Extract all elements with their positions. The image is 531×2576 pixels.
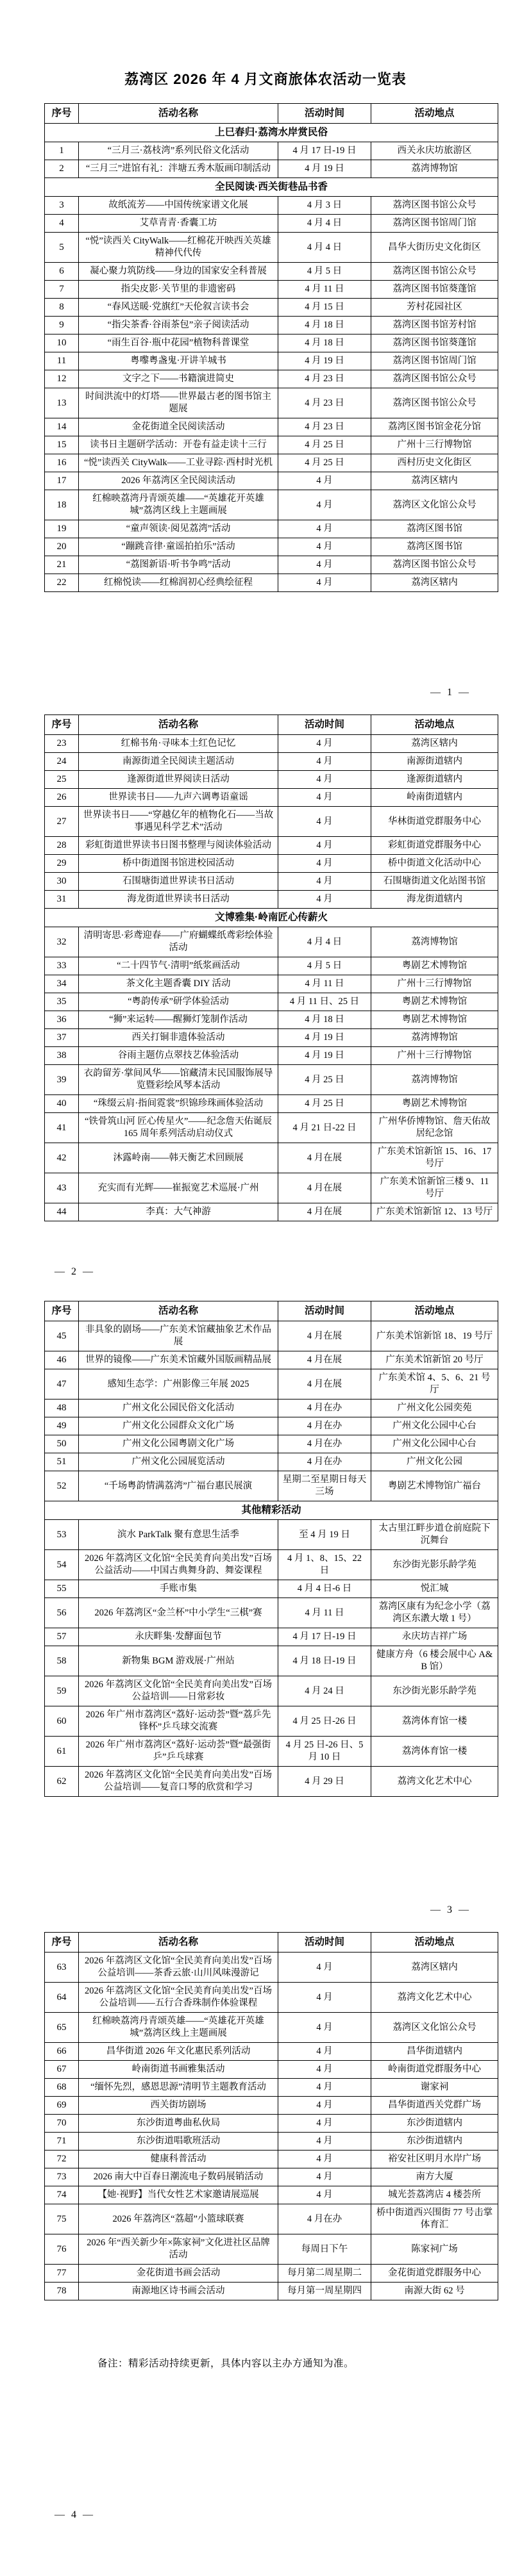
cell-activity-time: 4 月 xyxy=(278,891,371,909)
cell-activity-name: 2026 年荔湾区“金兰杯”中小学生“三棋”赛 xyxy=(79,1598,278,1628)
cell-activity-venue: 荔湾区文化馆公众号 xyxy=(371,490,498,520)
cell-activity-venue: 东沙街光影乐龄学苑 xyxy=(371,1550,498,1580)
cell-seq-no: 27 xyxy=(45,807,79,837)
cell-activity-venue: 广东美术馆新馆 15、16、17 号厅 xyxy=(371,1143,498,1173)
cell-seq-no: 65 xyxy=(45,2013,79,2043)
cell-activity-name: “悦”读西关 CityWalk——红棉花开映西关英雄精神代代传 xyxy=(79,233,278,263)
table-row: 542026 年荔湾区文化馆“全民美育向美出发”百场公益活动——中国古典舞身韵、… xyxy=(45,1550,498,1580)
table-row: 30石围塘街道世界读书日活动4 月石围塘街道文化站图书馆 xyxy=(45,873,498,891)
cell-activity-venue: 荔湾区辖内 xyxy=(371,1953,498,1983)
cell-activity-venue: 荔湾博物馆 xyxy=(371,1065,498,1095)
cell-seq-no: 6 xyxy=(45,263,79,281)
column-header: 活动时间 xyxy=(278,715,371,735)
cell-activity-venue: 广州文化公园奕苑 xyxy=(371,1399,498,1417)
activities-table-page-3: 序号活动名称活动时间活动地点45非具象的剧场——广东美术馆藏抽象艺术作品展4 月… xyxy=(44,1301,498,1797)
table-row: 13时间洪流中的灯塔——世界最古老的图书馆主题展4 月 23 日荔湾区图书馆公众… xyxy=(45,388,498,418)
cell-activity-name: 广州文化公园粤剧文化广场 xyxy=(79,1435,278,1453)
table-row: 74【她·视野】当代女性艺术家邀请展巡展4 月城光荟荔湾店 4 楼荟所 xyxy=(45,2186,498,2204)
cell-seq-no: 40 xyxy=(45,1095,79,1113)
cell-activity-name: 艾草青青·香囊工坊 xyxy=(79,215,278,233)
cell-activity-venue: 粤剧艺术博物馆 xyxy=(371,1095,498,1113)
cell-activity-venue: 荔湾区图书馆 xyxy=(371,538,498,556)
cell-activity-name: 清明寄思·彩鸢迎春——广府蝴蝶纸鸢彩绘体验活动 xyxy=(79,927,278,957)
table-row: 5“悦”读西关 CityWalk——红棉花开映西关英雄精神代代传4 月 4 日昌… xyxy=(45,233,498,263)
cell-activity-time: 4 月在展 xyxy=(278,1143,371,1173)
cell-activity-name: 李真：大气神游 xyxy=(79,1203,278,1221)
cell-activity-name: 谷雨主题仿点翠技艺体验活动 xyxy=(79,1047,278,1065)
table-row: 602026 年广州市荔湾区“荔好·运动荟”暨“荔乒先锋杯”乒乓球交流赛4 月 … xyxy=(45,1706,498,1737)
cell-activity-time: 4 月 xyxy=(278,2079,371,2097)
cell-activity-name: 新物集 BGM 游戏展·广州站 xyxy=(79,1646,278,1676)
table-row: 32清明寄思·彩鸢迎春——广府蝴蝶纸鸢彩绘体验活动4 月 4 日荔湾博物馆 xyxy=(45,927,498,957)
cell-seq-no: 49 xyxy=(45,1417,79,1435)
cell-activity-name: “粤韵传承”研学体验活动 xyxy=(79,993,278,1011)
cell-activity-name: 广州文化公园民俗文化活动 xyxy=(79,1399,278,1417)
table-row: 48广州文化公园民俗文化活动4 月在办广州文化公园奕苑 xyxy=(45,1399,498,1417)
table-row: 6凝心聚力筑防线——身边的国家安全科普展4 月 5 日荔湾区图书馆公众号 xyxy=(45,263,498,281)
cell-activity-time: 4 月 xyxy=(278,520,371,538)
cell-seq-no: 47 xyxy=(45,1369,79,1399)
cell-activity-time: 4 月在展 xyxy=(278,1203,371,1221)
table-row: 732026 南大中百春日潮流电子数码展销活动4 月南方大厦 xyxy=(45,2168,498,2186)
cell-activity-venue: 海龙街道辖内 xyxy=(371,891,498,909)
cell-activity-name: 红棉悦读——红棉润初心经典绘征程 xyxy=(79,574,278,592)
table-row: 752026 年荔湾区“荔超”小篮球联赛4 月在办桥中街道西兴围街 77 号击掌… xyxy=(45,2204,498,2234)
cell-activity-time: 4 月 25 日-26 日 xyxy=(278,1706,371,1737)
section-header-row: 文博雅集·岭南匠心传薪火 xyxy=(45,909,498,927)
table-row: 71东沙街道唱歌班活动4 月东沙街道辖内 xyxy=(45,2133,498,2151)
column-header: 活动时间 xyxy=(278,1933,371,1953)
cell-seq-no: 66 xyxy=(45,2043,79,2061)
cell-activity-time: 4 月在办 xyxy=(278,2204,371,2234)
cell-activity-name: 西关街坊剧场 xyxy=(79,2097,278,2115)
cell-seq-no: 33 xyxy=(45,957,79,975)
cell-activity-venue: 桥中街道文化活动中心 xyxy=(371,855,498,873)
cell-seq-no: 57 xyxy=(45,1628,79,1646)
table-row: 49广州文化公园群众文化广场4 月在办广州文化公园中心台 xyxy=(45,1417,498,1435)
cell-activity-time: 4 月 4 日-6 日 xyxy=(278,1580,371,1598)
cell-activity-time: 4 月 25 日-26 日、5 月 10 日 xyxy=(278,1737,371,1767)
cell-activity-venue: 太古里江畔步道仓前庭院下沉舞台 xyxy=(371,1520,498,1550)
table-row: 21“荔图新语·听书争鸣”活动4 月荔湾区图书馆公众号 xyxy=(45,556,498,574)
cell-activity-venue: 金花街道党群服务中心 xyxy=(371,2265,498,2283)
column-header: 活动名称 xyxy=(79,1933,278,1953)
table-row: 50广州文化公园粤剧文化广场4 月在办广州文化公园中心台 xyxy=(45,1435,498,1453)
cell-activity-venue: 粤剧艺术博物馆 xyxy=(371,1011,498,1029)
cell-seq-no: 70 xyxy=(45,2115,79,2133)
cell-activity-venue: 裕安社区明月水岸广场 xyxy=(371,2151,498,2168)
column-header: 活动名称 xyxy=(79,1301,278,1321)
cell-activity-name: 2026 年荔湾区文化馆“全民美育向美出发”百场公益培训——五行合香珠制作体验课… xyxy=(79,1983,278,2013)
cell-activity-venue: 荔湾区图书馆葵蓬馆 xyxy=(371,281,498,299)
cell-seq-no: 20 xyxy=(45,538,79,556)
cell-activity-venue: 陈家祠广场 xyxy=(371,2234,498,2265)
cell-activity-name: 2026 年荔湾区“荔超”小篮球联赛 xyxy=(79,2204,278,2234)
cell-activity-time: 4 月 11 日 xyxy=(278,1598,371,1628)
cell-activity-time: 4 月 xyxy=(278,2115,371,2133)
cell-activity-venue: 荔湾区文化馆公众号 xyxy=(371,2013,498,2043)
cell-seq-no: 2 xyxy=(45,160,79,178)
cell-activity-name: “珠缀云肩·指间霓裳”织锦珍珠画体验活动 xyxy=(79,1095,278,1113)
cell-activity-time: 4 月 xyxy=(278,538,371,556)
table-row: 55手账市集4 月 4 日-6 日悦汇城 xyxy=(45,1580,498,1598)
cell-seq-no: 60 xyxy=(45,1706,79,1737)
cell-activity-name: “千场粤韵情满荔湾”广福台惠民展演 xyxy=(79,1471,278,1501)
table-row: 47感知生态学：广州影像三年展 20254 月在展广东美术馆 4、5、6、21 … xyxy=(45,1369,498,1399)
cell-seq-no: 46 xyxy=(45,1351,79,1369)
cell-activity-venue: 荔湾体育馆一楼 xyxy=(371,1706,498,1737)
cell-seq-no: 39 xyxy=(45,1065,79,1095)
cell-activity-name: 南源街道全民阅读主题活动 xyxy=(79,753,278,771)
cell-activity-name: 东沙街道粤曲私伙局 xyxy=(79,2115,278,2133)
cell-activity-venue: 荔湾区图书馆公众号 xyxy=(371,556,498,574)
table-row: 42沐露岭南——韩天衡艺术回顾展4 月在展广东美术馆新馆 15、16、17 号厅 xyxy=(45,1143,498,1173)
table-row: 10“雨生百谷·瓶中花园”植物科普课堂4 月 18 日荔湾区图书馆葵蓬馆 xyxy=(45,334,498,352)
table-row: 7指尖皮影·关节里的非遗密码4 月 11 日荔湾区图书馆葵蓬馆 xyxy=(45,281,498,299)
cell-activity-time: 4 月 4 日 xyxy=(278,215,371,233)
cell-activity-venue: 荔湾区康有为纪念小学（荔湾区东漖大墩 1 号） xyxy=(371,1598,498,1628)
cell-activity-venue: 荔湾区图书馆公众号 xyxy=(371,263,498,281)
table-header-row: 序号活动名称活动时间活动地点 xyxy=(45,1933,498,1953)
table-row: 36“狮”来运转——醒狮灯笼制作活动4 月 18 日粤剧艺术博物馆 xyxy=(45,1011,498,1029)
cell-activity-time: 4 月 xyxy=(278,837,371,855)
cell-activity-name: 石围塘街道世界读书日活动 xyxy=(79,873,278,891)
cell-activity-venue: 城光荟荔湾店 4 楼荟所 xyxy=(371,2186,498,2204)
table-row: 43充实而有光辉——崔振宽艺术巡展·广州4 月在展广东美术馆新馆三楼 9、11 … xyxy=(45,1173,498,1203)
cell-activity-name: 广州文化公园展览活动 xyxy=(79,1453,278,1471)
cell-activity-name: 读书日主题研学活动：开卷有益走读十三行 xyxy=(79,436,278,454)
table-row: 46世界的镜像——广东美术馆藏外国版画精品展4 月在展广东美术馆新馆 20 号厅 xyxy=(45,1351,498,1369)
cell-seq-no: 36 xyxy=(45,1011,79,1029)
cell-activity-venue: 广州文化公园 xyxy=(371,1453,498,1471)
cell-activity-name: “三月三”进馆有礼：泮塘五秀木版画印制活动 xyxy=(79,160,278,178)
cell-activity-venue: 广州十三行博物馆 xyxy=(371,1047,498,1065)
cell-activity-time: 4 月 17 日-19 日 xyxy=(278,142,371,160)
cell-activity-name: 沐露岭南——韩天衡艺术回顾展 xyxy=(79,1143,278,1173)
table-row: 4艾草青青·香囊工坊4 月 4 日荔湾区图书馆周门馆 xyxy=(45,215,498,233)
cell-activity-venue: 广州文化公园中心台 xyxy=(371,1417,498,1435)
cell-seq-no: 53 xyxy=(45,1520,79,1550)
cell-activity-time: 4 月 18 日-19 日 xyxy=(278,1646,371,1676)
cell-seq-no: 67 xyxy=(45,2061,79,2079)
cell-seq-no: 38 xyxy=(45,1047,79,1065)
table-row: 612026 年广州市荔湾区“荔好·运动荟”暨“最强街乒”乒乓球赛4 月 25 … xyxy=(45,1737,498,1767)
cell-activity-time: 4 月在办 xyxy=(278,1399,371,1417)
cell-seq-no: 22 xyxy=(45,574,79,592)
cell-seq-no: 45 xyxy=(45,1321,79,1351)
cell-activity-venue: 昌华大街历史文化街区 xyxy=(371,233,498,263)
cell-activity-venue: 广东美术馆新馆 12、13 号厅 xyxy=(371,1203,498,1221)
cell-seq-no: 61 xyxy=(45,1737,79,1767)
cell-activity-time: 4 月 xyxy=(278,771,371,789)
cell-activity-name: 衣韵留芳·掌间风华——馆藏清末民国服饰展导览暨彩绘风琴本活动 xyxy=(79,1065,278,1095)
cell-activity-time: 4 月 15 日 xyxy=(278,299,371,317)
cell-activity-time: 4 月 19 日 xyxy=(278,1029,371,1047)
column-header: 活动地点 xyxy=(371,1301,498,1321)
cell-seq-no: 35 xyxy=(45,993,79,1011)
cell-seq-no: 9 xyxy=(45,317,79,334)
cell-activity-venue: 广州文化公园中心台 xyxy=(371,1435,498,1453)
cell-activity-venue: 荔湾区图书馆金花分馆 xyxy=(371,418,498,436)
table-row: 29桥中街道图书馆进校园活动4 月桥中街道文化活动中心 xyxy=(45,855,498,873)
cell-seq-no: 52 xyxy=(45,1471,79,1501)
cell-activity-venue: 粤剧艺术博物馆 xyxy=(371,993,498,1011)
table-row: 68“缅怀先烈，感恩思源”清明节主题教育活动4 月谢家祠 xyxy=(45,2079,498,2097)
cell-activity-time: 4 月 25 日 xyxy=(278,1065,371,1095)
section-header-row: 全民阅读·西关街巷品书香 xyxy=(45,178,498,197)
cell-activity-name: 2026 年荔湾区文化馆“全民美育向美出发”百场公益培训——复音口琴的欣赏和学习 xyxy=(79,1767,278,1797)
cell-activity-name: 红棉映荔湾丹青颂英雄——“英雄花开英雄城”荔湾区线上主题画展 xyxy=(79,490,278,520)
cell-activity-name: 世界的镜像——广东美术馆藏外国版画精品展 xyxy=(79,1351,278,1369)
cell-activity-name: 昌华街道 2026 年文化惠民系列活动 xyxy=(79,2043,278,2061)
section-header-row: 其他精彩活动 xyxy=(45,1501,498,1520)
column-header: 序号 xyxy=(45,104,79,124)
cell-activity-time: 4 月在展 xyxy=(278,1351,371,1369)
cell-seq-no: 62 xyxy=(45,1767,79,1797)
table-header-row: 序号活动名称活动时间活动地点 xyxy=(45,715,498,735)
cell-activity-time: 4 月 xyxy=(278,1983,371,2013)
table-row: 58新物集 BGM 游戏展·广州站4 月 18 日-19 日健康方舟（6 楼会展… xyxy=(45,1646,498,1676)
cell-activity-venue: 荔湾区图书馆周门馆 xyxy=(371,215,498,233)
table-row: 22红棉悦读——红棉润初心经典绘征程4 月荔湾区辖内 xyxy=(45,574,498,592)
table-row: 38谷雨主题仿点翠技艺体验活动4 月 19 日广州十三行博物馆 xyxy=(45,1047,498,1065)
cell-activity-name: 2026 年荔湾区文化馆“全民美育向美出发”百场公益培训——日常彩妆 xyxy=(79,1676,278,1706)
remark-note: 备注：精彩活动持续更新，具体内容以主办方通知为准。 xyxy=(97,2356,354,2370)
table-row: 72健康科普活动4 月裕安社区明月水岸广场 xyxy=(45,2151,498,2168)
cell-activity-time: 4 月 xyxy=(278,2151,371,2168)
cell-seq-no: 58 xyxy=(45,1646,79,1676)
cell-activity-time: 4 月 18 日 xyxy=(278,1011,371,1029)
cell-activity-time: 4 月 18 日 xyxy=(278,334,371,352)
column-header: 活动名称 xyxy=(79,715,278,735)
cell-activity-name: “悦”读西关 CityWalk——工业寻踪·西村时光机 xyxy=(79,454,278,472)
cell-seq-no: 21 xyxy=(45,556,79,574)
table-row: 34茶文化主题香囊 DIY 活动4 月 11 日广州十三行博物馆 xyxy=(45,975,498,993)
cell-activity-venue: 彩虹街道党群服务中心 xyxy=(371,837,498,855)
cell-activity-time: 4 月 xyxy=(278,2133,371,2151)
cell-activity-venue: 粤剧艺术博物馆 xyxy=(371,957,498,975)
cell-seq-no: 56 xyxy=(45,1598,79,1628)
table-row: 40“珠缀云肩·指间霓裳”织锦珍珠画体验活动4 月 25 日粤剧艺术博物馆 xyxy=(45,1095,498,1113)
table-row: 14金花街道全民阅读活动4 月 23 日荔湾区图书馆金花分馆 xyxy=(45,418,498,436)
table-row: 69西关街坊剧场4 月昌华街道西关党群广场 xyxy=(45,2097,498,2115)
cell-activity-name: 2026 年荔湾区文化馆“全民美育向美出发”百场公益培训——茶香云旅·山川风味漫… xyxy=(79,1953,278,1983)
cell-seq-no: 78 xyxy=(45,2283,79,2300)
cell-activity-name: “春风送暖·党旗红”天伦叙言读书会 xyxy=(79,299,278,317)
table-row: 77金花街道书画会活动每月第二周星期二金花街道党群服务中心 xyxy=(45,2265,498,2283)
cell-seq-no: 11 xyxy=(45,352,79,370)
table-row: 19“童声领读·阅见荔湾”活动4 月荔湾区图书馆 xyxy=(45,520,498,538)
table-row: 25逢源街道世界阅读日活动4 月逢源街道辖内 xyxy=(45,771,498,789)
cell-activity-name: 东沙街道唱歌班活动 xyxy=(79,2133,278,2151)
cell-activity-venue: 荔湾区图书馆芳村馆 xyxy=(371,317,498,334)
cell-activity-name: 广州文化公园群众文化广场 xyxy=(79,1417,278,1435)
cell-activity-time: 4 月 xyxy=(278,2186,371,2204)
cell-seq-no: 69 xyxy=(45,2097,79,2115)
cell-seq-no: 23 xyxy=(45,735,79,753)
cell-activity-name: 滨水 ParkTalk 聚有意思生活季 xyxy=(79,1520,278,1550)
cell-activity-name: 文字之下——书籍演进简史 xyxy=(79,370,278,388)
cell-seq-no: 74 xyxy=(45,2186,79,2204)
activities-table-page-4: 序号活动名称活动时间活动地点632026 年荔湾区文化馆“全民美育向美出发”百场… xyxy=(44,1932,498,2300)
table-row: 762026 年“西关新少年×陈家祠”文化进社区品牌活动每周日下午陈家祠广场 xyxy=(45,2234,498,2265)
page-number: — 1 — xyxy=(430,687,471,698)
cell-seq-no: 26 xyxy=(45,789,79,807)
cell-activity-time: 4 月 xyxy=(278,490,371,520)
cell-activity-time: 4 月 xyxy=(278,1953,371,1983)
cell-activity-time: 4 月 xyxy=(278,2168,371,2186)
cell-seq-no: 13 xyxy=(45,388,79,418)
cell-activity-time: 4 月 xyxy=(278,753,371,771)
table-row: 9“指尖茶香·谷雨茶包”亲子阅读活动4 月 18 日荔湾区图书馆芳村馆 xyxy=(45,317,498,334)
cell-activity-name: 2026 年荔湾区文化馆“全民美育向美出发”百场公益活动——中国古典舞身韵、舞姿… xyxy=(79,1550,278,1580)
table-row: 16“悦”读西关 CityWalk——工业寻踪·西村时光机4 月 25 日西村历… xyxy=(45,454,498,472)
cell-seq-no: 77 xyxy=(45,2265,79,2283)
cell-activity-venue: 西村历史文化街区 xyxy=(371,454,498,472)
table-row: 592026 年荔湾区文化馆“全民美育向美出发”百场公益培训——日常彩妆4 月 … xyxy=(45,1676,498,1706)
cell-activity-time: 4 月 23 日 xyxy=(278,388,371,418)
cell-seq-no: 48 xyxy=(45,1399,79,1417)
cell-activity-name: “童声领读·阅见荔湾”活动 xyxy=(79,520,278,538)
cell-seq-no: 37 xyxy=(45,1029,79,1047)
cell-activity-venue: 桥中街道西兴围街 77 号击掌体育汇 xyxy=(371,2204,498,2234)
cell-activity-time: 4 月在办 xyxy=(278,1453,371,1471)
cell-seq-no: 10 xyxy=(45,334,79,352)
cell-activity-name: 2026 年广州市荔湾区“荔好·运动荟”暨“最强街乒”乒乓球赛 xyxy=(79,1737,278,1767)
cell-activity-time: 4 月 19 日 xyxy=(278,1047,371,1065)
cell-activity-venue: 岭南街道党群服务中心 xyxy=(371,2061,498,2079)
cell-activity-name: 西关打铜非遗体验活动 xyxy=(79,1029,278,1047)
cell-activity-venue: 广州华侨博物馆、詹天佑故居纪念馆 xyxy=(371,1113,498,1143)
cell-activity-name: 永庆畔集·发酵面包节 xyxy=(79,1628,278,1646)
cell-activity-name: 凝心聚力筑防线——身边的国家安全科普展 xyxy=(79,263,278,281)
table-row: 28彩虹街道世界读书日图书整理与阅读体验活动4 月彩虹街道党群服务中心 xyxy=(45,837,498,855)
cell-activity-venue: 荔湾博物馆 xyxy=(371,927,498,957)
cell-activity-time: 4 月 24 日 xyxy=(278,1676,371,1706)
cell-activity-time: 4 月 3 日 xyxy=(278,197,371,215)
cell-seq-no: 14 xyxy=(45,418,79,436)
cell-seq-no: 55 xyxy=(45,1580,79,1598)
column-header: 活动时间 xyxy=(278,104,371,124)
cell-activity-name: 世界读书日——“穿越亿年的植物化石——当故事遇见科学艺术”活动 xyxy=(79,807,278,837)
cell-activity-time: 4 月 17 日-19 日 xyxy=(278,1628,371,1646)
cell-activity-name: 【她·视野】当代女性艺术家邀请展巡展 xyxy=(79,2186,278,2204)
page-number: — 4 — xyxy=(55,2509,95,2521)
table-row: 24南源街道全民阅读主题活动4 月南源街道辖内 xyxy=(45,753,498,771)
cell-activity-time: 4 月在办 xyxy=(278,1435,371,1453)
cell-activity-time: 4 月 19 日 xyxy=(278,352,371,370)
cell-activity-time: 4 月在办 xyxy=(278,1417,371,1435)
table-row: 23红棉书角·寻味本土红色记忆4 月荔湾区辖内 xyxy=(45,735,498,753)
table-row: 78南源地区诗书画会活动每月第一周星期四南源大街 62 号 xyxy=(45,2283,498,2300)
cell-activity-time: 4 月 11 日、25 日 xyxy=(278,993,371,1011)
cell-activity-name: “缅怀先烈，感恩思源”清明节主题教育活动 xyxy=(79,2079,278,2097)
cell-seq-no: 54 xyxy=(45,1550,79,1580)
activities-table-page-1: 序号活动名称活动时间活动地点上巳春归·荔湾水岸赏民俗1“三月三·荔枝湾”系列民俗… xyxy=(44,103,498,592)
table-row: 66昌华街道 2026 年文化惠民系列活动4 月昌华街道辖内 xyxy=(45,2043,498,2061)
cell-activity-venue: 荔湾区辖内 xyxy=(371,574,498,592)
table-row: 39衣韵留芳·掌间风华——馆藏清末民国服饰展导览暨彩绘风琴本活动4 月 25 日… xyxy=(45,1065,498,1095)
cell-activity-venue: 永庆坊吉祥广场 xyxy=(371,1628,498,1646)
cell-activity-venue: 荔湾文化艺术中心 xyxy=(371,1983,498,2013)
table-row: 3故纸流芳——中国传统家谱文化展4 月 3 日荔湾区图书馆公众号 xyxy=(45,197,498,215)
cell-activity-venue: 石围塘街道文化站图书馆 xyxy=(371,873,498,891)
cell-activity-name: 感知生态学：广州影像三年展 2025 xyxy=(79,1369,278,1399)
cell-seq-no: 25 xyxy=(45,771,79,789)
cell-activity-venue: 粤剧艺术博物馆广福台 xyxy=(371,1471,498,1501)
cell-activity-time: 4 月 xyxy=(278,789,371,807)
cell-seq-no: 30 xyxy=(45,873,79,891)
table-row: 51广州文化公园展览活动4 月在办广州文化公园 xyxy=(45,1453,498,1471)
table-row: 31海龙街道世界读书日活动4 月海龙街道辖内 xyxy=(45,891,498,909)
cell-activity-time: 4 月 xyxy=(278,2043,371,2061)
page-number: — 2 — xyxy=(55,1266,95,1278)
column-header: 活动地点 xyxy=(371,1933,498,1953)
table-row: 622026 年荔湾区文化馆“全民美育向美出发”百场公益培训——复音口琴的欣赏和… xyxy=(45,1767,498,1797)
table-row: 26世界读书日——九声六调粤语童谣4 月岭南街道辖内 xyxy=(45,789,498,807)
cell-seq-no: 31 xyxy=(45,891,79,909)
table-row: 12文字之下——书籍演进简史4 月 23 日荔湾区图书馆公众号 xyxy=(45,370,498,388)
column-header: 序号 xyxy=(45,1301,79,1321)
cell-seq-no: 18 xyxy=(45,490,79,520)
cell-activity-time: 4 月在展 xyxy=(278,1321,371,1351)
cell-activity-venue: 荔湾博物馆 xyxy=(371,1029,498,1047)
cell-activity-name: 手账市集 xyxy=(79,1580,278,1598)
cell-activity-venue: 广州十三行博物馆 xyxy=(371,436,498,454)
cell-activity-venue: 荔湾区辖内 xyxy=(371,472,498,490)
cell-activity-time: 4 月 23 日 xyxy=(278,370,371,388)
table-row: 2“三月三”进馆有礼：泮塘五秀木版画印制活动4 月 19 日荔湾博物馆 xyxy=(45,160,498,178)
cell-seq-no: 41 xyxy=(45,1113,79,1143)
cell-seq-no: 1 xyxy=(45,142,79,160)
activities-table-page-2: 序号活动名称活动时间活动地点23红棉书角·寻味本土红色记忆4 月荔湾区辖内24南… xyxy=(44,714,498,1221)
table-row: 70东沙街道粤曲私伙局4 月东沙街道辖内 xyxy=(45,2115,498,2133)
cell-seq-no: 72 xyxy=(45,2151,79,2168)
cell-activity-venue: 南源大街 62 号 xyxy=(371,2283,498,2300)
cell-seq-no: 42 xyxy=(45,1143,79,1173)
cell-activity-venue: 西关永庆坊旅游区 xyxy=(371,142,498,160)
cell-activity-name: “二十四节气·清明”纸浆画活动 xyxy=(79,957,278,975)
cell-activity-venue: 荔湾区图书馆公众号 xyxy=(371,370,498,388)
column-header: 活动地点 xyxy=(371,715,498,735)
cell-activity-venue: 荔湾体育馆一楼 xyxy=(371,1737,498,1767)
cell-activity-venue: 广州十三行博物馆 xyxy=(371,975,498,993)
cell-seq-no: 43 xyxy=(45,1173,79,1203)
cell-activity-venue: 荔湾文化艺术中心 xyxy=(371,1767,498,1797)
cell-seq-no: 29 xyxy=(45,855,79,873)
cell-activity-time: 4 月 5 日 xyxy=(278,957,371,975)
cell-activity-venue: 荔湾区图书馆公众号 xyxy=(371,197,498,215)
cell-activity-time: 4 月 xyxy=(278,574,371,592)
cell-activity-name: “蹦跳音律·童谣拍拍乐”活动 xyxy=(79,538,278,556)
page-number: — 3 — xyxy=(430,1904,471,1916)
cell-activity-time: 每月第一周星期四 xyxy=(278,2283,371,2300)
cell-seq-no: 64 xyxy=(45,1983,79,2013)
document-page: { "document": { "title": "荔湾区 2026 年 4 月… xyxy=(0,0,531,2576)
cell-seq-no: 51 xyxy=(45,1453,79,1471)
cell-seq-no: 19 xyxy=(45,520,79,538)
cell-activity-time: 4 月 xyxy=(278,2013,371,2043)
cell-activity-name: 2026 南大中百春日潮流电子数码展销活动 xyxy=(79,2168,278,2186)
table-row: 562026 年荔湾区“金兰杯”中小学生“三棋”赛4 月 11 日荔湾区康有为纪… xyxy=(45,1598,498,1628)
cell-seq-no: 12 xyxy=(45,370,79,388)
cell-activity-venue: 东沙街道辖内 xyxy=(371,2115,498,2133)
cell-activity-time: 4 月在展 xyxy=(278,1369,371,1399)
cell-seq-no: 8 xyxy=(45,299,79,317)
cell-activity-venue: 荔湾区图书馆葵蓬馆 xyxy=(371,334,498,352)
cell-seq-no: 68 xyxy=(45,2079,79,2097)
table-row: 172026 年荔湾区全民阅读活动4 月荔湾区辖内 xyxy=(45,472,498,490)
